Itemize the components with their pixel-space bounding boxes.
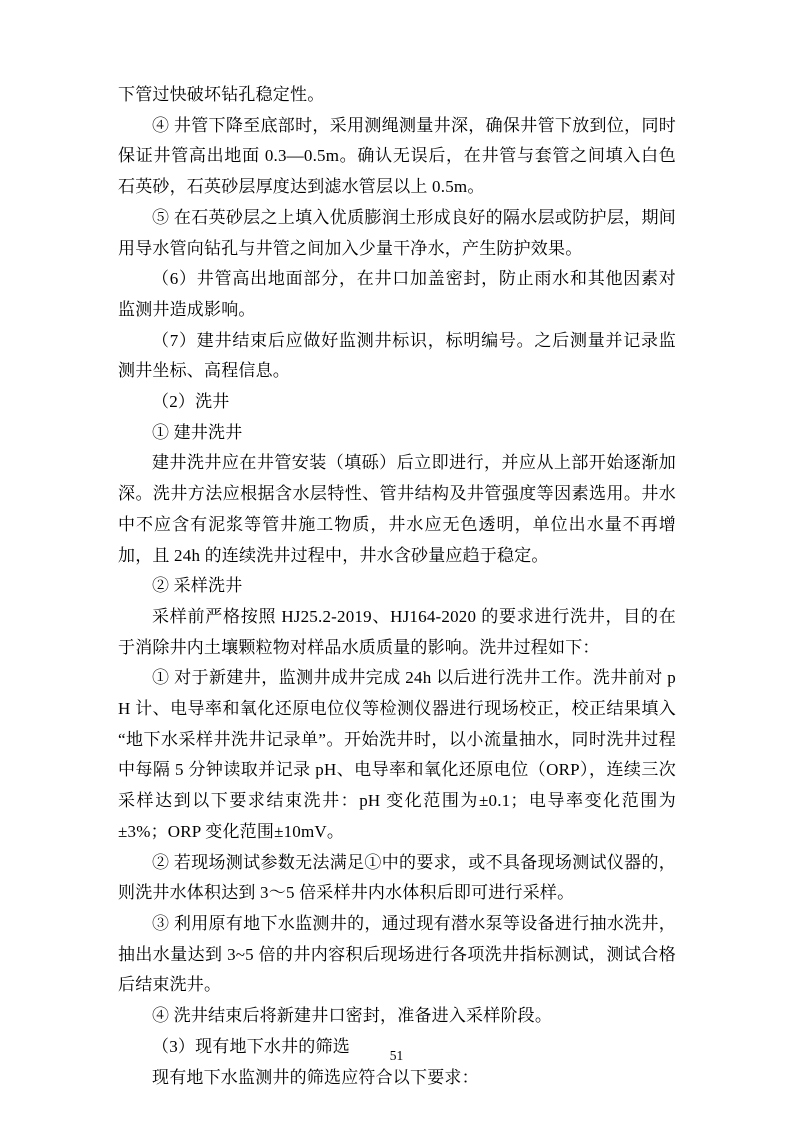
page-body: 下管过快破坏钻孔稳定性。④ 井管下降至底部时，采用测绳测量井深，确保井管下放到位… xyxy=(118,80,676,1093)
page-footer: 51 xyxy=(0,1046,793,1066)
paragraph: （2）洗井 xyxy=(118,387,676,418)
paragraph: 建井洗井应在井管安装（填砾）后立即进行，并应从上部开始逐渐加深。洗井方法应根据含… xyxy=(118,448,676,571)
paragraph: 下管过快破坏钻孔稳定性。 xyxy=(118,80,676,111)
page-number: 51 xyxy=(390,1048,404,1063)
paragraph: ④ 洗井结束后将新建井口密封，准备进入采样阶段。 xyxy=(118,1001,676,1032)
paragraph: ② 若现场测试参数无法满足①中的要求，或不具备现场测试仪器的，则洗井水体积达到 … xyxy=(118,848,676,909)
paragraph: ⑤ 在石英砂层之上填入优质膨润土形成良好的隔水层或防护层，期间用导水管向钻孔与井… xyxy=(118,203,676,264)
paragraph: 采样前严格按照 HJ25.2-2019、HJ164-2020 的要求进行洗井，目… xyxy=(118,602,676,663)
paragraph: （7）建井结束后应做好监测井标识，标明编号。之后测量并记录监测井坐标、高程信息。 xyxy=(118,326,676,387)
document-page: 下管过快破坏钻孔稳定性。④ 井管下降至底部时，采用测绳测量井深，确保井管下放到位… xyxy=(0,0,793,1122)
paragraph: 现有地下水监测井的筛选应符合以下要求： xyxy=(118,1063,676,1094)
paragraph: ① 对于新建井，监测井成井完成 24h 以后进行洗井工作。洗井前对 pH 计、电… xyxy=(118,663,676,847)
paragraph: ② 采样洗井 xyxy=(118,571,676,602)
paragraph: （6）井管高出地面部分，在井口加盖密封，防止雨水和其他因素对监测井造成影响。 xyxy=(118,264,676,325)
paragraph: ① 建井洗井 xyxy=(118,418,676,449)
paragraph: ③ 利用原有地下水监测井的，通过现有潜水泵等设备进行抽水洗井，抽出水量达到 3~… xyxy=(118,909,676,1001)
paragraph: ④ 井管下降至底部时，采用测绳测量井深，确保井管下放到位，同时保证井管高出地面 … xyxy=(118,111,676,203)
